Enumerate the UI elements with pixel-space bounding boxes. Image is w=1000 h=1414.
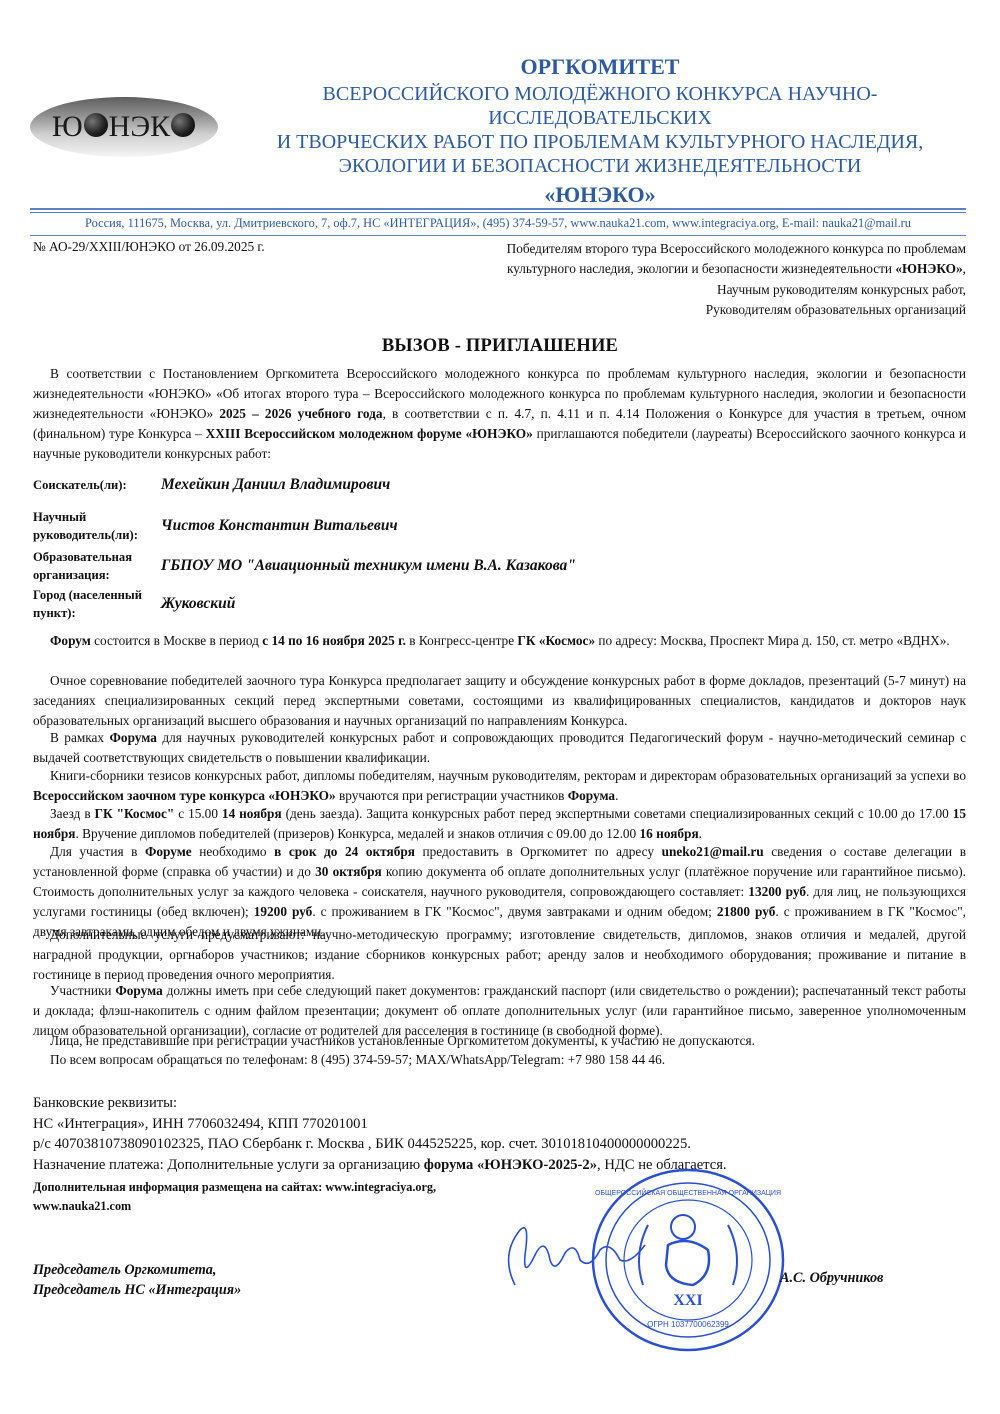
org-line: И ТВОРЧЕСКИХ РАБОТ ПО ПРОБЛЕМАМ КУЛЬТУРН… — [250, 130, 950, 154]
header-divider — [30, 208, 966, 213]
address-divider — [30, 235, 966, 236]
text: В рамках — [50, 730, 110, 745]
extra-info: Дополнительная информация размещена на с… — [33, 1178, 436, 1216]
chair-line: Председатель Оргкомитета, — [33, 1260, 241, 1280]
logo-letters: НЭК — [109, 110, 170, 144]
text: для научных руководителей конкурсных раб… — [33, 730, 966, 765]
org-header: ОРГКОМИТЕТ ВСЕРОССИЙСКОГО МОЛОДЁЖНОГО КО… — [250, 52, 950, 210]
field-organization: Образовательная организация: ГБПОУ МО "А… — [33, 548, 576, 584]
bold-text: XXIII Всероссийском молодежном форуме «Ю… — [206, 426, 533, 441]
field-label: Научный руководитель(ли): — [33, 508, 161, 544]
bank-details: Банковские реквизиты: НС «Интеграция», И… — [33, 1093, 727, 1175]
text: необходимо — [192, 844, 274, 859]
bold-text: 16 ноября — [640, 826, 699, 841]
field-label: Соискатель(ли): — [33, 476, 161, 494]
text: (день заезда). Защита конкурсных работ п… — [282, 806, 953, 821]
bold-text: Всероссийском заочном туре конкурса «ЮНЭ… — [33, 788, 336, 803]
services-paragraph: Дополнительные услуги предусматривают: н… — [33, 925, 966, 985]
competition-paragraph: Очное соревнование победителей заочного … — [33, 671, 966, 731]
addressee-line: Научным руководителям конкурсных работ, — [446, 280, 966, 300]
addressee-line: Победителям второго тура Всероссийского … — [446, 239, 966, 259]
extra-info-line: Дополнительная информация размещена на с… — [33, 1178, 436, 1197]
document-number: № АО-29/XXIII/ЮНЭКО от 26.09.2025 г. — [33, 239, 265, 255]
bold-text: 14 ноября — [222, 806, 282, 821]
field-label: Город (населенный пункт): — [33, 586, 161, 622]
field-value: Чистов Константин Витальевич — [161, 517, 398, 535]
bold-text: Форума — [110, 730, 157, 745]
intro-paragraph: В соответствии с Постановлением Оргкомит… — [33, 364, 966, 464]
addressee-line: Руководителям образовательных организаци… — [446, 300, 966, 320]
globe-icon — [84, 113, 108, 137]
addressee-text: культурного наследия, экологии и безопас… — [507, 261, 895, 276]
bank-line: р/с 40703810738090102325, ПАО Сбербанк г… — [33, 1134, 727, 1155]
bank-title: Банковские реквизиты: — [33, 1093, 727, 1114]
bold-text: 2025 – 2026 учебного года — [219, 406, 382, 421]
text: Назначение платежа: Дополнительные услуг… — [33, 1157, 424, 1173]
text: должны иметь при себе следующий пакет до… — [33, 983, 966, 1038]
bold-text: Форума — [115, 983, 162, 998]
globe-icon — [171, 113, 195, 137]
org-line: ЭКОЛОГИИ И БЕЗОПАСНОСТИ ЖИЗНЕДЕЯТЕЛЬНОСТ… — [250, 154, 950, 178]
org-line: ВСЕРОССИЙСКОГО МОЛОДЁЖНОГО КОНКУРСА НАУЧ… — [250, 82, 950, 106]
stamp-center-text: XXI — [673, 1292, 702, 1309]
signature-mark — [495, 1215, 655, 1295]
field-value: Мехейкин Даниил Владимирович — [161, 476, 390, 494]
text: Книги-сборники тезисов конкурсных работ,… — [50, 768, 966, 783]
addressee-line: культурного наследия, экологии и безопас… — [446, 259, 966, 279]
text: по адресу: Москва, Проспект Мира д. 150,… — [595, 633, 950, 648]
org-brand: «ЮНЭКО» — [250, 180, 950, 210]
text: Заезд в — [50, 806, 95, 821]
text: . — [615, 788, 618, 803]
text: предоставить в Оргкомитет по адресу — [415, 844, 662, 859]
stamp-inner-text: ОБЩЕРОССИЙСКАЯ ОБЩЕСТВЕННАЯ ОРГАНИЗАЦИЯ — [595, 1188, 781, 1197]
chair-line: Председатель НС «Интеграция» — [33, 1280, 241, 1300]
addressee-bold: «ЮНЭКО» — [895, 261, 962, 276]
contacts-paragraph: По всем вопросам обращаться по телефонам… — [33, 1050, 966, 1070]
field-supervisor: Научный руководитель(ли): Чистов Констан… — [33, 508, 398, 544]
field-applicant: Соискатель(ли): Мехейкин Даниил Владимир… — [33, 476, 390, 494]
price: 19200 руб — [254, 904, 313, 919]
pedagogical-forum-paragraph: В рамках Форума для научных руководителе… — [33, 728, 966, 768]
field-label: Образовательная организация: — [33, 548, 161, 584]
signer-name: А.С. Обручников — [780, 1270, 883, 1287]
addressee-text: , — [963, 261, 966, 276]
price: 21800 руб — [717, 904, 776, 919]
admission-paragraph: Лица, не представившие при регистрации у… — [33, 1031, 966, 1051]
chair-title: Председатель Оргкомитета, Председатель Н… — [33, 1260, 241, 1300]
bold-text: Форум — [50, 633, 91, 648]
yuneko-logo: ЮНЭК — [30, 97, 218, 157]
bold-text: 30 октября — [315, 864, 382, 879]
bold-text: Форуме — [145, 844, 192, 859]
text: с 15.00 — [174, 806, 222, 821]
text: Для участия в — [50, 844, 145, 859]
document-title: ВЫЗОВ - ПРИГЛАШЕНИЕ — [0, 336, 1000, 357]
org-address: Россия, 111675, Москва, ул. Дмитриевског… — [30, 216, 966, 231]
text: Участники — [50, 983, 115, 998]
text: . Вручение дипломов победителей (призеро… — [76, 826, 640, 841]
bank-line: НС «Интеграция», ИНН 7706032494, КПП 770… — [33, 1114, 727, 1135]
bold-text: форума «ЮНЭКО-2025-2» — [424, 1157, 597, 1173]
field-value: Жуковский — [161, 595, 235, 613]
text: вручаются при регистрации участников — [336, 788, 568, 803]
extra-info-line: www.nauka21.com — [33, 1197, 436, 1216]
stamp-ogrn: ОГРН 1037700062399 — [647, 1320, 729, 1329]
bold-text: ГК «Космос» — [517, 633, 595, 648]
awards-paragraph: Книги-сборники тезисов конкурсных работ,… — [33, 766, 966, 806]
field-city: Город (населенный пункт): Жуковский — [33, 586, 235, 622]
bold-text: в срок до 24 октября — [274, 844, 415, 859]
logo-letter-yu: Ю — [52, 110, 83, 144]
addressee-block: Победителям второго тура Всероссийского … — [446, 239, 966, 320]
org-title: ОРГКОМИТЕТ — [250, 52, 950, 82]
text: . с проживанием в ГК "Космос", двумя зав… — [312, 904, 717, 919]
text: . — [699, 826, 702, 841]
text: состоится в Москве в период — [91, 633, 262, 648]
text: в Конгресс-центре — [406, 633, 517, 648]
forum-paragraph: Форум состоится в Москве в период с 14 п… — [33, 631, 966, 651]
bold-text: Форума — [568, 788, 615, 803]
field-value: ГБПОУ МО "Авиационный техникум имени В.А… — [161, 557, 576, 575]
bold-text: ГК "Космос" — [95, 806, 175, 821]
price: 13200 руб — [748, 884, 806, 899]
bold-text: с 14 по 16 ноября 2025 г. — [262, 633, 406, 648]
schedule-paragraph: Заезд в ГК "Космос" с 15.00 14 ноября (д… — [33, 804, 966, 844]
email-link[interactable]: uneko21@mail.ru — [662, 844, 764, 859]
org-line: ИССЛЕДОВАТЕЛЬСКИХ — [250, 106, 950, 130]
